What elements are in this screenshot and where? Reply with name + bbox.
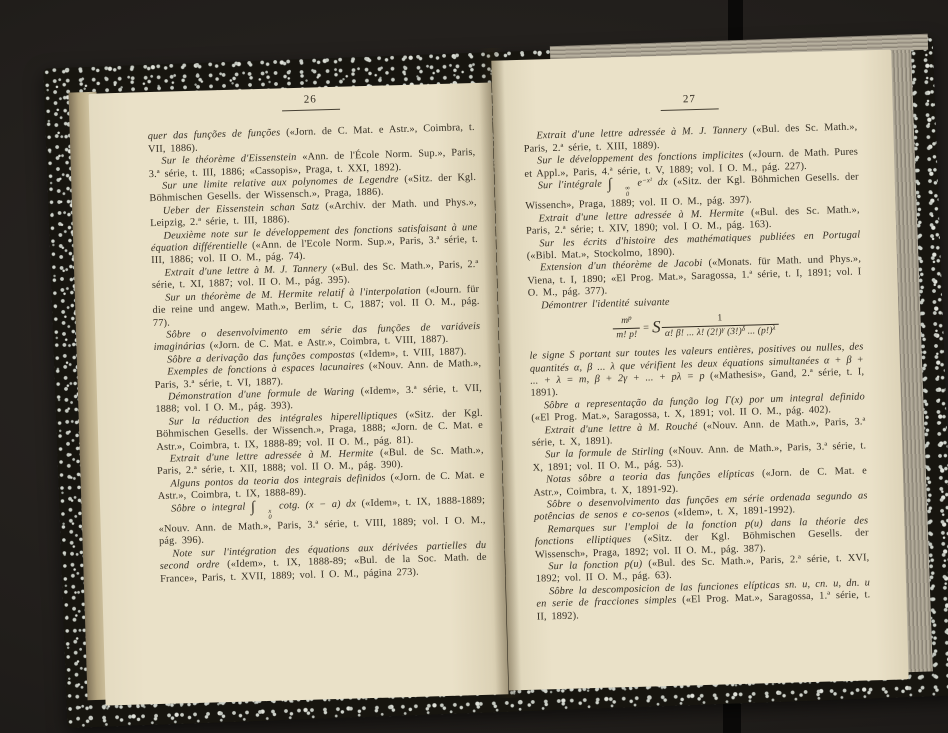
left-header-rule [282,109,340,112]
right-page: 27 Extrait d'une lettre adressée à M. J.… [491,50,908,691]
bibliography-entry: Note sur l'intégration des équations aux… [159,540,487,586]
summation-sign: S [652,317,661,336]
right-page-header: 27 [522,89,856,116]
page-number-right: 27 [683,93,696,105]
left-page-header: 26 [147,89,474,116]
integral-limits: x0 [255,508,272,521]
math-identity: mpm! p!=S1α! β! ... λ! (2!)γ (3!)δ ... (… [529,310,864,344]
bibliography-list-left: quer das funções de funções («Jorn. de C… [148,122,488,586]
integral-limits: ∞0 [612,186,630,199]
page-number-left: 26 [304,93,317,105]
photo-background: 26 quer das funções de funções («Jorn. d… [0,0,948,733]
fraction: 1α! β! ... λ! (2!)γ (3!)δ ... (p!)λ [661,312,778,340]
right-page-text-block: 27 Extrait d'une lettre adressée à M. J.… [522,89,871,624]
fraction: mpm! p! [613,316,641,342]
right-header-rule [661,109,719,112]
left-page-text-block: 26 quer das funções de funções («Jorn. d… [147,89,487,586]
left-page: 26 quer das funções de funções («Jorn. d… [89,82,509,705]
bibliography-entry: Sôbre la descomposicion de las funciones… [536,577,871,624]
bibliography-list-right: Extrait d'une lettre adressée à M. J. Ta… [523,122,871,624]
